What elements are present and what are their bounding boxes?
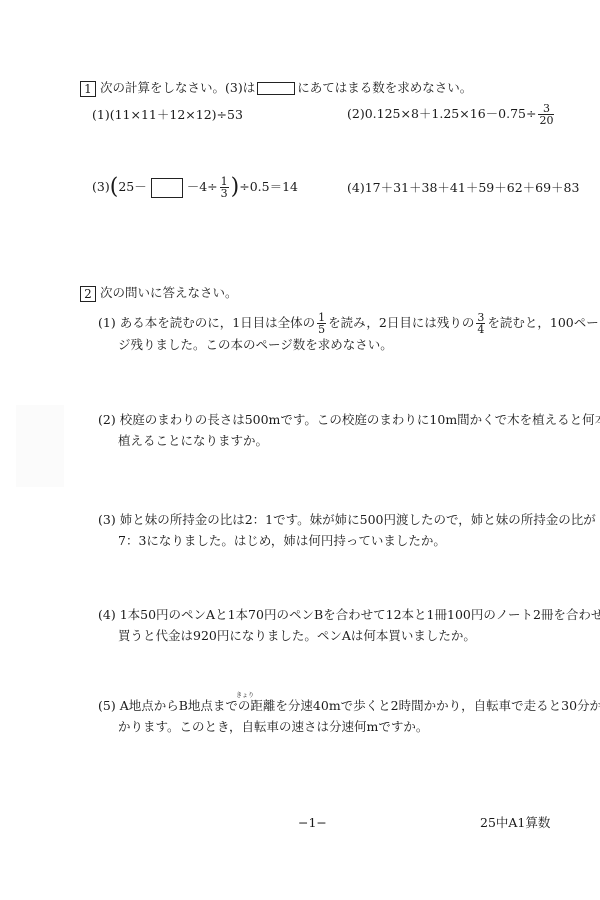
- problem-expression: ÷0.5＝14: [239, 179, 298, 194]
- section2-instruction: 次の問いに答えなさい。: [100, 285, 238, 300]
- fraction: 34: [476, 312, 485, 335]
- problem-text: ある本を読むのに，1日目は全体の: [120, 315, 315, 330]
- problem-label: (3): [98, 512, 116, 527]
- section2-header: 2 次の問いに答えなさい。: [80, 285, 238, 302]
- section2-number: 2: [80, 286, 96, 302]
- problem-2-2: (2) 校庭のまわりの長さは500mです。この校庭のまわりに10m間かくで木を植…: [98, 412, 600, 428]
- problem-2-4: (4) 1本50円のペンAと1本70円のペンBを合わせて12本と1冊100円のノ…: [98, 607, 600, 623]
- page-number: −1−: [298, 815, 327, 831]
- problem-1-3: (3)(25－－4÷13)÷0.5＝14: [92, 176, 298, 199]
- problem-2-5-line2: かります。このとき，自転車の速さは分速何mですか。: [118, 719, 428, 735]
- problem-expression: 0.125×8＋1.25×16－0.75÷: [365, 106, 537, 121]
- problem-text: を読むと，100ペー: [487, 315, 598, 330]
- problem-2-5: (5) A地点からB地点までの距離を分速40mで歩くと2時間かかり，自転車で走る…: [98, 698, 600, 714]
- problem-2-3-line2: 7：3になりました。はじめ，姉は何円持っていましたか。: [118, 533, 446, 549]
- problem-text: 校庭のまわりの長さは500mです。この校庭のまわりに10m間かくで木を植えると何…: [120, 412, 600, 427]
- fraction: 15: [317, 312, 326, 335]
- problem-2-2-line2: 植えることになりますか。: [118, 433, 268, 449]
- margin-mark: [16, 405, 64, 487]
- answer-blank[interactable]: [151, 178, 183, 198]
- problem-label: (5): [98, 698, 116, 713]
- problem-2-1-line2: ジ残りました。この本のページ数を求めなさい。: [118, 337, 393, 353]
- problem-1-4: (4)17＋31＋38＋41＋59＋62＋69＋83: [347, 180, 579, 196]
- section1-instruction-post: にあてはまる数を求めなさい。: [297, 80, 472, 95]
- problem-2-1: (1) ある本を読むのに，1日目は全体の15を読み，2日目には残りの34を読むと…: [98, 312, 599, 335]
- problem-label: (4): [98, 607, 116, 622]
- problem-label: (2): [98, 412, 116, 427]
- problem-label: (1): [92, 107, 110, 122]
- problem-1-2: (2)0.125×8＋1.25×16－0.75÷320: [347, 103, 556, 126]
- problem-1-1: (1)(11×11＋12×12)÷53: [92, 107, 243, 123]
- problem-expression: (11×11＋12×12)÷53: [110, 107, 243, 122]
- fraction: 320: [538, 103, 554, 126]
- section1-number: 1: [80, 81, 96, 97]
- problem-2-3: (3) 姉と妹の所持金の比は2：1です。妹が姉に500円渡したので，姉と妹の所持…: [98, 512, 596, 528]
- document-code: 25中A1算数: [480, 815, 550, 831]
- problem-text: 1本50円のペンAと1本70円のペンBを合わせて12本と1冊100円のノート2冊…: [120, 607, 600, 622]
- problem-2-4-line2: 買うと代金は920円になりました。ペンAは何本買いましたか。: [118, 628, 476, 644]
- section1-instruction-pre: 次の計算をしなさい。(3)は: [100, 80, 255, 95]
- problem-text: A地点からB地点までの距離を分速40mで歩くと2時間かかり，自転車で走ると30分…: [120, 698, 600, 713]
- problem-text: 姉と妹の所持金の比は2：1です。妹が姉に500円渡したので，姉と妹の所持金の比が: [120, 512, 596, 527]
- answer-blank-example: [257, 82, 295, 95]
- problem-text: を読み，2日目には残りの: [328, 315, 474, 330]
- problem-expression: 25－: [118, 179, 146, 194]
- problem-expression: －4÷: [187, 179, 218, 194]
- problem-label: (3): [92, 179, 110, 194]
- problem-label: (1): [98, 315, 116, 330]
- problem-expression: 17＋31＋38＋41＋59＋62＋69＋83: [365, 180, 580, 195]
- problem-label: (2): [347, 106, 365, 121]
- problem-label: (4): [347, 180, 365, 195]
- section1-header: 1 次の計算をしなさい。(3)はにあてはまる数を求めなさい。: [80, 80, 472, 97]
- fraction: 13: [220, 176, 229, 199]
